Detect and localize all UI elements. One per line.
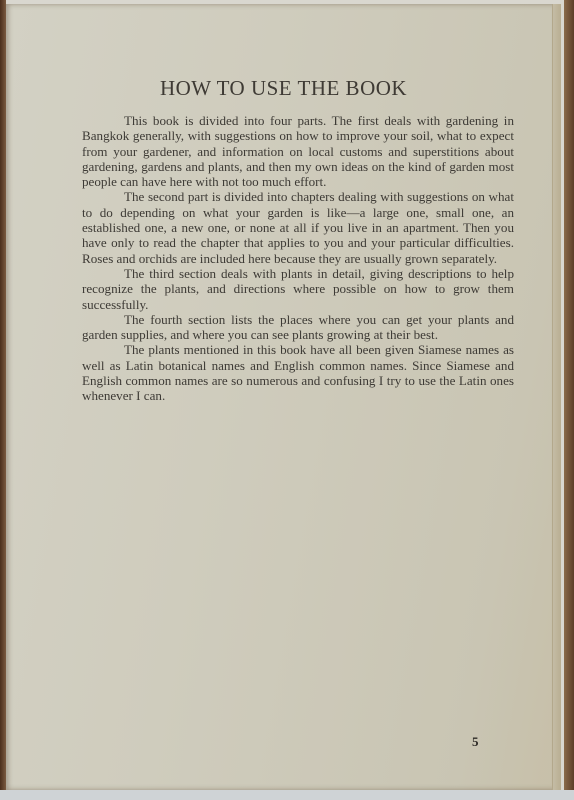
book-page: HOW TO USE THE BOOK This book is divided… [6,4,561,790]
page-title: HOW TO USE THE BOOK [6,76,561,101]
body-text: This book is divided into four parts. Th… [82,113,514,404]
paragraph-third-section: The third section deals with plants in d… [82,266,514,312]
paragraph-second-part: The second part is divided into chapters… [82,189,514,265]
paragraph-plant-names: The plants mentioned in this book have a… [82,342,514,403]
page-edge [552,4,561,790]
page-number: 5 [472,734,479,750]
paragraph-parts-overview: This book is divided into four parts. Th… [82,113,514,189]
book-cover-right [564,0,574,800]
table-surface [0,790,574,800]
paragraph-fourth-section: The fourth section lists the places wher… [82,312,514,343]
